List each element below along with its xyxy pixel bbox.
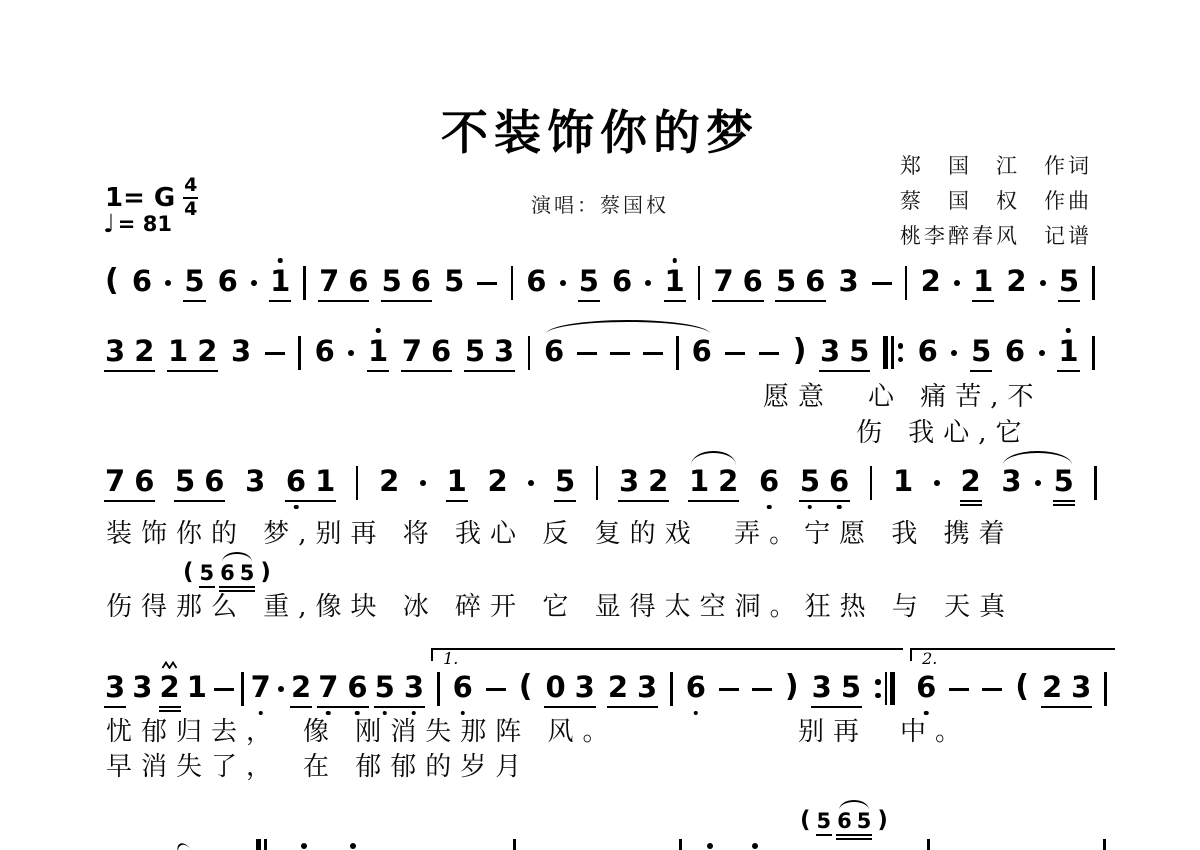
- note-3: 3: [494, 337, 514, 366]
- note-3: 3: [619, 467, 639, 496]
- tempo-value: = 81: [118, 212, 172, 236]
- key-label: 1= G: [105, 183, 175, 213]
- note-6: 6: [204, 467, 224, 496]
- barline: [511, 266, 514, 300]
- octave-dot-high: [1066, 328, 1071, 333]
- barline: [528, 336, 531, 370]
- note-digit: 1: [168, 337, 188, 366]
- note-6: 6: [347, 673, 367, 702]
- rhythm-dot: [348, 350, 354, 356]
- beam-group: 23: [1042, 673, 1091, 702]
- octave-dot-low: [258, 711, 263, 716]
- barline: [870, 466, 873, 500]
- note-digit: 3: [132, 673, 152, 702]
- sustain-dash: [949, 688, 969, 692]
- volta-bracket-1: 1.6(03236)35: [431, 648, 903, 702]
- barline: [1092, 336, 1095, 370]
- rhythm-dot: [954, 280, 960, 286]
- note-digit: 6: [431, 337, 451, 366]
- note-5: 5: [444, 267, 464, 296]
- note-digit: 3: [404, 673, 424, 702]
- note-digit: 2: [197, 337, 217, 366]
- note-digit: 5: [240, 563, 255, 584]
- note-5: 5: [184, 267, 204, 296]
- note-digit: 0: [545, 673, 565, 702]
- beam-group: 32: [105, 337, 154, 366]
- cutoff-octave-dot: [752, 843, 758, 849]
- note-digit: 1: [315, 467, 335, 496]
- note-1: 1: [187, 673, 207, 702]
- note-3: 3: [245, 467, 265, 496]
- volta-label: 1.: [443, 651, 458, 667]
- note-2: 2: [718, 467, 738, 496]
- note-digit: 2: [608, 673, 628, 702]
- barline: [241, 672, 244, 706]
- beam-group: 56: [175, 467, 224, 496]
- beam-group: 53: [465, 337, 514, 366]
- beam-group: 65: [837, 811, 871, 832]
- paren-open: (: [105, 266, 119, 296]
- beam-group: 35: [820, 337, 869, 366]
- beam-group: 76: [713, 267, 762, 296]
- note-6: 6: [134, 467, 154, 496]
- note-6: 6: [315, 337, 335, 366]
- note-2: 2: [291, 673, 311, 702]
- note-3: 3: [812, 673, 832, 702]
- octave-dot-low: [767, 505, 772, 510]
- sustain-dash: [719, 688, 739, 692]
- note-digit: 6: [612, 267, 632, 296]
- note-5: 5: [579, 267, 599, 296]
- note-6: 6: [411, 267, 431, 296]
- note-3: 3: [820, 337, 840, 366]
- note-5: 5: [849, 337, 869, 366]
- note-digit: 6: [918, 337, 938, 366]
- octave-dot-low: [924, 711, 929, 716]
- note-7: 7: [105, 467, 125, 496]
- note-digit: 5: [184, 267, 204, 296]
- note-3: 3: [132, 673, 152, 702]
- rhythm-dot: [420, 480, 426, 486]
- note-6: 6: [918, 337, 938, 366]
- note-6: 6: [743, 267, 763, 296]
- note-digit: 1: [368, 337, 388, 366]
- note-6: 6: [686, 673, 706, 702]
- lyric-line-2: 伤 我心,它: [856, 418, 1031, 449]
- note-digit: 3: [575, 673, 595, 702]
- note-2: 2: [160, 673, 180, 702]
- note-3: 3: [575, 673, 595, 702]
- note-digit: 5: [1059, 267, 1079, 296]
- note-digit: 5: [800, 467, 820, 496]
- credit-row-2: 蔡 国 权 作曲: [900, 184, 1092, 219]
- beam-group: 56: [382, 267, 431, 296]
- note-digit: 5: [776, 267, 796, 296]
- note-digit: 1: [1058, 337, 1078, 366]
- lyric-line-6: 别再: [798, 717, 868, 748]
- note-digit: 5: [465, 337, 485, 366]
- slur-tie: 65: [837, 811, 871, 832]
- credit-row-1: 郑 国 江 作词: [900, 149, 1092, 184]
- rhythm-dot: [251, 280, 257, 286]
- quarter-note-icon: ♩: [103, 211, 115, 236]
- octave-dot-low: [694, 711, 699, 716]
- octave-dot-high: [376, 328, 381, 333]
- note-digit: 5: [817, 811, 832, 832]
- note-2: 2: [648, 467, 668, 496]
- note-6: 6: [132, 267, 152, 296]
- octave-dot-low: [355, 711, 360, 716]
- note-digit: 3: [812, 673, 832, 702]
- octave-dot-low: [412, 711, 417, 716]
- note-digit: 3: [231, 337, 251, 366]
- beam-group: 65: [220, 563, 254, 584]
- barline: [1092, 266, 1095, 300]
- note-5: 5: [1059, 267, 1079, 296]
- note-1: 1: [893, 467, 913, 496]
- paren-close: ): [877, 809, 888, 832]
- note-5: 5: [240, 563, 255, 584]
- ornament-figure-1: (565): [183, 560, 271, 584]
- octave-dot-low: [837, 505, 842, 510]
- time-signature-top: 4: [184, 176, 197, 195]
- note-7: 7: [319, 267, 339, 296]
- note-5: 5: [776, 267, 796, 296]
- repeat-end-icon: [874, 672, 895, 705]
- rhythm-dot: [934, 480, 940, 486]
- time-signature: 4 4: [183, 176, 198, 219]
- note-digit: 6: [544, 337, 564, 366]
- paren-open: (: [1015, 672, 1029, 702]
- note-6: 6: [544, 337, 564, 366]
- note-1: 1: [1058, 337, 1078, 366]
- note-digit: 6: [526, 267, 546, 296]
- note-digit: 6: [347, 673, 367, 702]
- note-digit: 6: [134, 467, 154, 496]
- note-1: 1: [270, 267, 290, 296]
- note-5: 5: [200, 563, 215, 584]
- note-1: 1: [368, 337, 388, 366]
- cutoff-barline: [679, 839, 682, 850]
- repeat-begin-icon: [883, 336, 904, 369]
- beam-group: 76: [402, 337, 451, 366]
- barline: [1104, 672, 1107, 706]
- note-5: 5: [465, 337, 485, 366]
- sustain-dash: [872, 282, 892, 286]
- rhythm-dot: [165, 280, 171, 286]
- octave-dot-low: [326, 711, 331, 716]
- note-2: 2: [1042, 673, 1062, 702]
- note-digit: 2: [718, 467, 738, 496]
- note-5: 5: [382, 267, 402, 296]
- tempo-marking: ♩ = 81: [103, 211, 172, 236]
- note-digit: 5: [444, 267, 464, 296]
- note-7: 7: [251, 673, 271, 702]
- note-digit: 3: [1071, 673, 1091, 702]
- note-5: 5: [175, 467, 195, 496]
- cutoff-octave-dot: [350, 843, 356, 849]
- note-6: 6: [916, 673, 936, 702]
- note-1: 1: [168, 337, 188, 366]
- beam-group: 12: [689, 467, 738, 496]
- note-digit: 7: [319, 267, 339, 296]
- sustain-dash: [265, 352, 285, 356]
- rhythm-dot: [1039, 350, 1045, 356]
- octave-dot-low: [382, 711, 387, 716]
- barline: [596, 466, 599, 500]
- paren-open: (: [800, 809, 811, 832]
- note-digit: 5: [841, 673, 861, 702]
- lyric-line-4: 伤得那么 重,像块 冰 碎开 它 显得太空洞。狂热 与 天真: [106, 592, 1014, 623]
- note-digit: 2: [1042, 673, 1062, 702]
- sustain-dash: [577, 352, 597, 356]
- octave-dot-low: [808, 505, 813, 510]
- ornament-figure-2: (565): [800, 808, 888, 832]
- slur-tie: 65: [220, 563, 254, 584]
- note-digit: 7: [105, 467, 125, 496]
- note-digit: 3: [494, 337, 514, 366]
- octave-dot-low: [294, 505, 299, 510]
- note-digit: 2: [134, 337, 154, 366]
- sustain-dash: [643, 352, 663, 356]
- sustain-dash: [610, 352, 630, 356]
- note-2: 2: [921, 267, 941, 296]
- note-1: 1: [973, 267, 993, 296]
- beam-group: 32: [619, 467, 668, 496]
- lyric-line-3: 装饰你的 梦,别再 将 我心 反 复的戏 弄。宁愿 我 携着: [106, 519, 1014, 550]
- sustain-dash: [486, 688, 506, 692]
- cutoff-barline: [513, 839, 516, 850]
- sustain-dash: [477, 282, 497, 286]
- note-digit: 5: [971, 337, 991, 366]
- note-digit: 5: [175, 467, 195, 496]
- note-digit: 6: [686, 673, 706, 702]
- note-5: 5: [971, 337, 991, 366]
- beam-group: 23: [608, 673, 657, 702]
- note-6: 6: [829, 467, 849, 496]
- beam-group: 12: [168, 337, 217, 366]
- barline: [698, 266, 701, 300]
- paren-close: ): [793, 336, 807, 366]
- paren-close: ): [260, 561, 271, 584]
- volta-bracket-2: 2.6(23: [910, 648, 1115, 702]
- note-2: 2: [379, 467, 399, 496]
- barline: [1094, 466, 1097, 500]
- beam-group: 76: [319, 267, 368, 296]
- music-line-1: (6561765656561765632125: [105, 262, 1095, 296]
- note-digit: 6: [204, 467, 224, 496]
- time-signature-bottom: 4: [184, 200, 197, 219]
- note-digit: 3: [820, 337, 840, 366]
- note-2: 2: [608, 673, 628, 702]
- volta-label: 2.: [922, 651, 937, 667]
- note-5: 5: [1054, 467, 1074, 496]
- note-digit: 3: [105, 337, 125, 366]
- paren-open: (: [183, 561, 194, 584]
- note-1: 1: [315, 467, 335, 496]
- mordent-icon: [161, 659, 178, 669]
- music-line-2: 3212361765366)356561: [105, 332, 1095, 366]
- cutoff-slur-tail: [174, 840, 191, 850]
- note-digit: 5: [200, 563, 215, 584]
- note-digit: 1: [665, 267, 685, 296]
- note-digit: 6: [837, 811, 852, 832]
- octave-dot-low: [460, 711, 465, 716]
- note-digit: 6: [829, 467, 849, 496]
- note-3: 3: [839, 267, 859, 296]
- cutoff-barline: [1103, 839, 1106, 850]
- note-digit: 1: [893, 467, 913, 496]
- sustain-dash: [214, 688, 234, 692]
- note-6: 6: [218, 267, 238, 296]
- note-digit: 5: [849, 337, 869, 366]
- note-6: 6: [431, 337, 451, 366]
- note-digit: 6: [286, 467, 306, 496]
- beam-group: 56: [776, 267, 825, 296]
- note-1: 1: [689, 467, 709, 496]
- note-1: 1: [665, 267, 685, 296]
- note-digit: 1: [973, 267, 993, 296]
- slur-tie: 66: [544, 336, 712, 366]
- note-digit: 5: [857, 811, 872, 832]
- credit-row-3: 桃李醉春风 记谱: [900, 219, 1092, 254]
- note-6: 6: [1005, 337, 1025, 366]
- beam-group: 53: [375, 673, 424, 702]
- lyric-line-1: 愿意 心 痛苦,不: [763, 382, 1043, 413]
- note-digit: 6: [1005, 337, 1025, 366]
- sustain-dash: [752, 688, 772, 692]
- note-digit: 2: [648, 467, 668, 496]
- note-digit: 6: [411, 267, 431, 296]
- note-2: 2: [961, 467, 981, 496]
- note-6: 6: [759, 467, 779, 496]
- note-2: 2: [134, 337, 154, 366]
- note-digit: 5: [1054, 467, 1074, 496]
- note-digit: 2: [487, 467, 507, 496]
- octave-dot-high: [672, 258, 677, 263]
- note-5: 5: [857, 811, 872, 832]
- note-7: 7: [713, 267, 733, 296]
- note-2: 2: [487, 467, 507, 496]
- note-6: 6: [805, 267, 825, 296]
- note-digit: 3: [245, 467, 265, 496]
- sustain-dash: [982, 688, 1002, 692]
- note-5: 5: [555, 467, 575, 496]
- note-3: 3: [105, 673, 125, 702]
- note-digit: 2: [379, 467, 399, 496]
- barline: [676, 336, 679, 370]
- note-digit: 2: [291, 673, 311, 702]
- octave-dot-high: [278, 258, 283, 263]
- note-digit: 6: [759, 467, 779, 496]
- note-6: 6: [526, 267, 546, 296]
- note-digit: 5: [579, 267, 599, 296]
- note-digit: 5: [555, 467, 575, 496]
- note-digit: 6: [805, 267, 825, 296]
- note-6: 6: [220, 563, 235, 584]
- note-digit: 3: [105, 673, 125, 702]
- beam-group: 61: [286, 467, 335, 496]
- note-digit: 6: [220, 563, 235, 584]
- paren-open: (: [519, 672, 533, 702]
- note-5: 5: [841, 673, 861, 702]
- note-0: 0: [545, 673, 565, 702]
- note-digit: 6: [692, 337, 712, 366]
- note-digit: 6: [916, 673, 936, 702]
- note-3: 3: [404, 673, 424, 702]
- sustain-dash: [725, 352, 745, 356]
- lyric-line-5: 忧郁归去， 像 刚消失那阵 风。: [106, 717, 618, 748]
- rhythm-dot: [1040, 280, 1046, 286]
- rhythm-dot: [528, 480, 534, 486]
- note-6: 6: [692, 337, 712, 366]
- lyric-line-7: 中。: [900, 717, 970, 748]
- note-digit: 3: [619, 467, 639, 496]
- note-2: 2: [1006, 267, 1026, 296]
- beam-group: 76: [105, 467, 154, 496]
- cutoff-repeat-sign: [256, 839, 267, 850]
- slur-tie: 35: [1001, 467, 1073, 496]
- note-digit: 7: [713, 267, 733, 296]
- slur-tie: 12: [689, 467, 738, 496]
- note-7: 7: [402, 337, 422, 366]
- cutoff-barline: [927, 839, 930, 850]
- note-7: 7: [318, 673, 338, 702]
- note-digit: 3: [1001, 467, 1021, 496]
- note-digit: 1: [270, 267, 290, 296]
- rhythm-dot: [560, 280, 566, 286]
- note-digit: 1: [187, 673, 207, 702]
- beam-group: 76: [318, 673, 367, 702]
- note-digit: 6: [218, 267, 238, 296]
- cutoff-octave-dot: [301, 843, 307, 849]
- note-digit: 6: [743, 267, 763, 296]
- note-digit: 1: [447, 467, 467, 496]
- rhythm-dot: [278, 686, 284, 692]
- note-digit: 3: [637, 673, 657, 702]
- note-6: 6: [348, 267, 368, 296]
- note-5: 5: [375, 673, 395, 702]
- barline: [670, 672, 673, 706]
- note-digit: 2: [921, 267, 941, 296]
- sheet-music-page: 不装饰你的梦 演唱：蔡国权 郑 国 江 作词蔡 国 权 作曲桃李醉春风 记谱 1…: [0, 0, 1200, 850]
- music-line-3: 7656361212532126561235: [105, 462, 1097, 496]
- note-3: 3: [231, 337, 251, 366]
- note-3: 3: [1071, 673, 1091, 702]
- note-digit: 7: [402, 337, 422, 366]
- note-2: 2: [197, 337, 217, 366]
- note-3: 3: [637, 673, 657, 702]
- note-digit: 5: [382, 267, 402, 296]
- note-digit: 5: [375, 673, 395, 702]
- cutoff-octave-dot: [707, 843, 713, 849]
- paren-close: ): [785, 672, 799, 702]
- barline: [905, 266, 908, 300]
- note-3: 3: [105, 337, 125, 366]
- note-5: 5: [800, 467, 820, 496]
- barline: [356, 466, 359, 500]
- note-6: 6: [612, 267, 632, 296]
- rhythm-dot: [1035, 480, 1041, 486]
- barline: [303, 266, 306, 300]
- note-digit: 7: [251, 673, 271, 702]
- barline: [298, 336, 301, 370]
- rhythm-dot: [645, 280, 651, 286]
- rhythm-dot: [951, 350, 957, 356]
- note-1: 1: [447, 467, 467, 496]
- barline: [437, 672, 440, 706]
- music-line-4: 33217276531.6(03236)352.6(23: [105, 648, 1115, 702]
